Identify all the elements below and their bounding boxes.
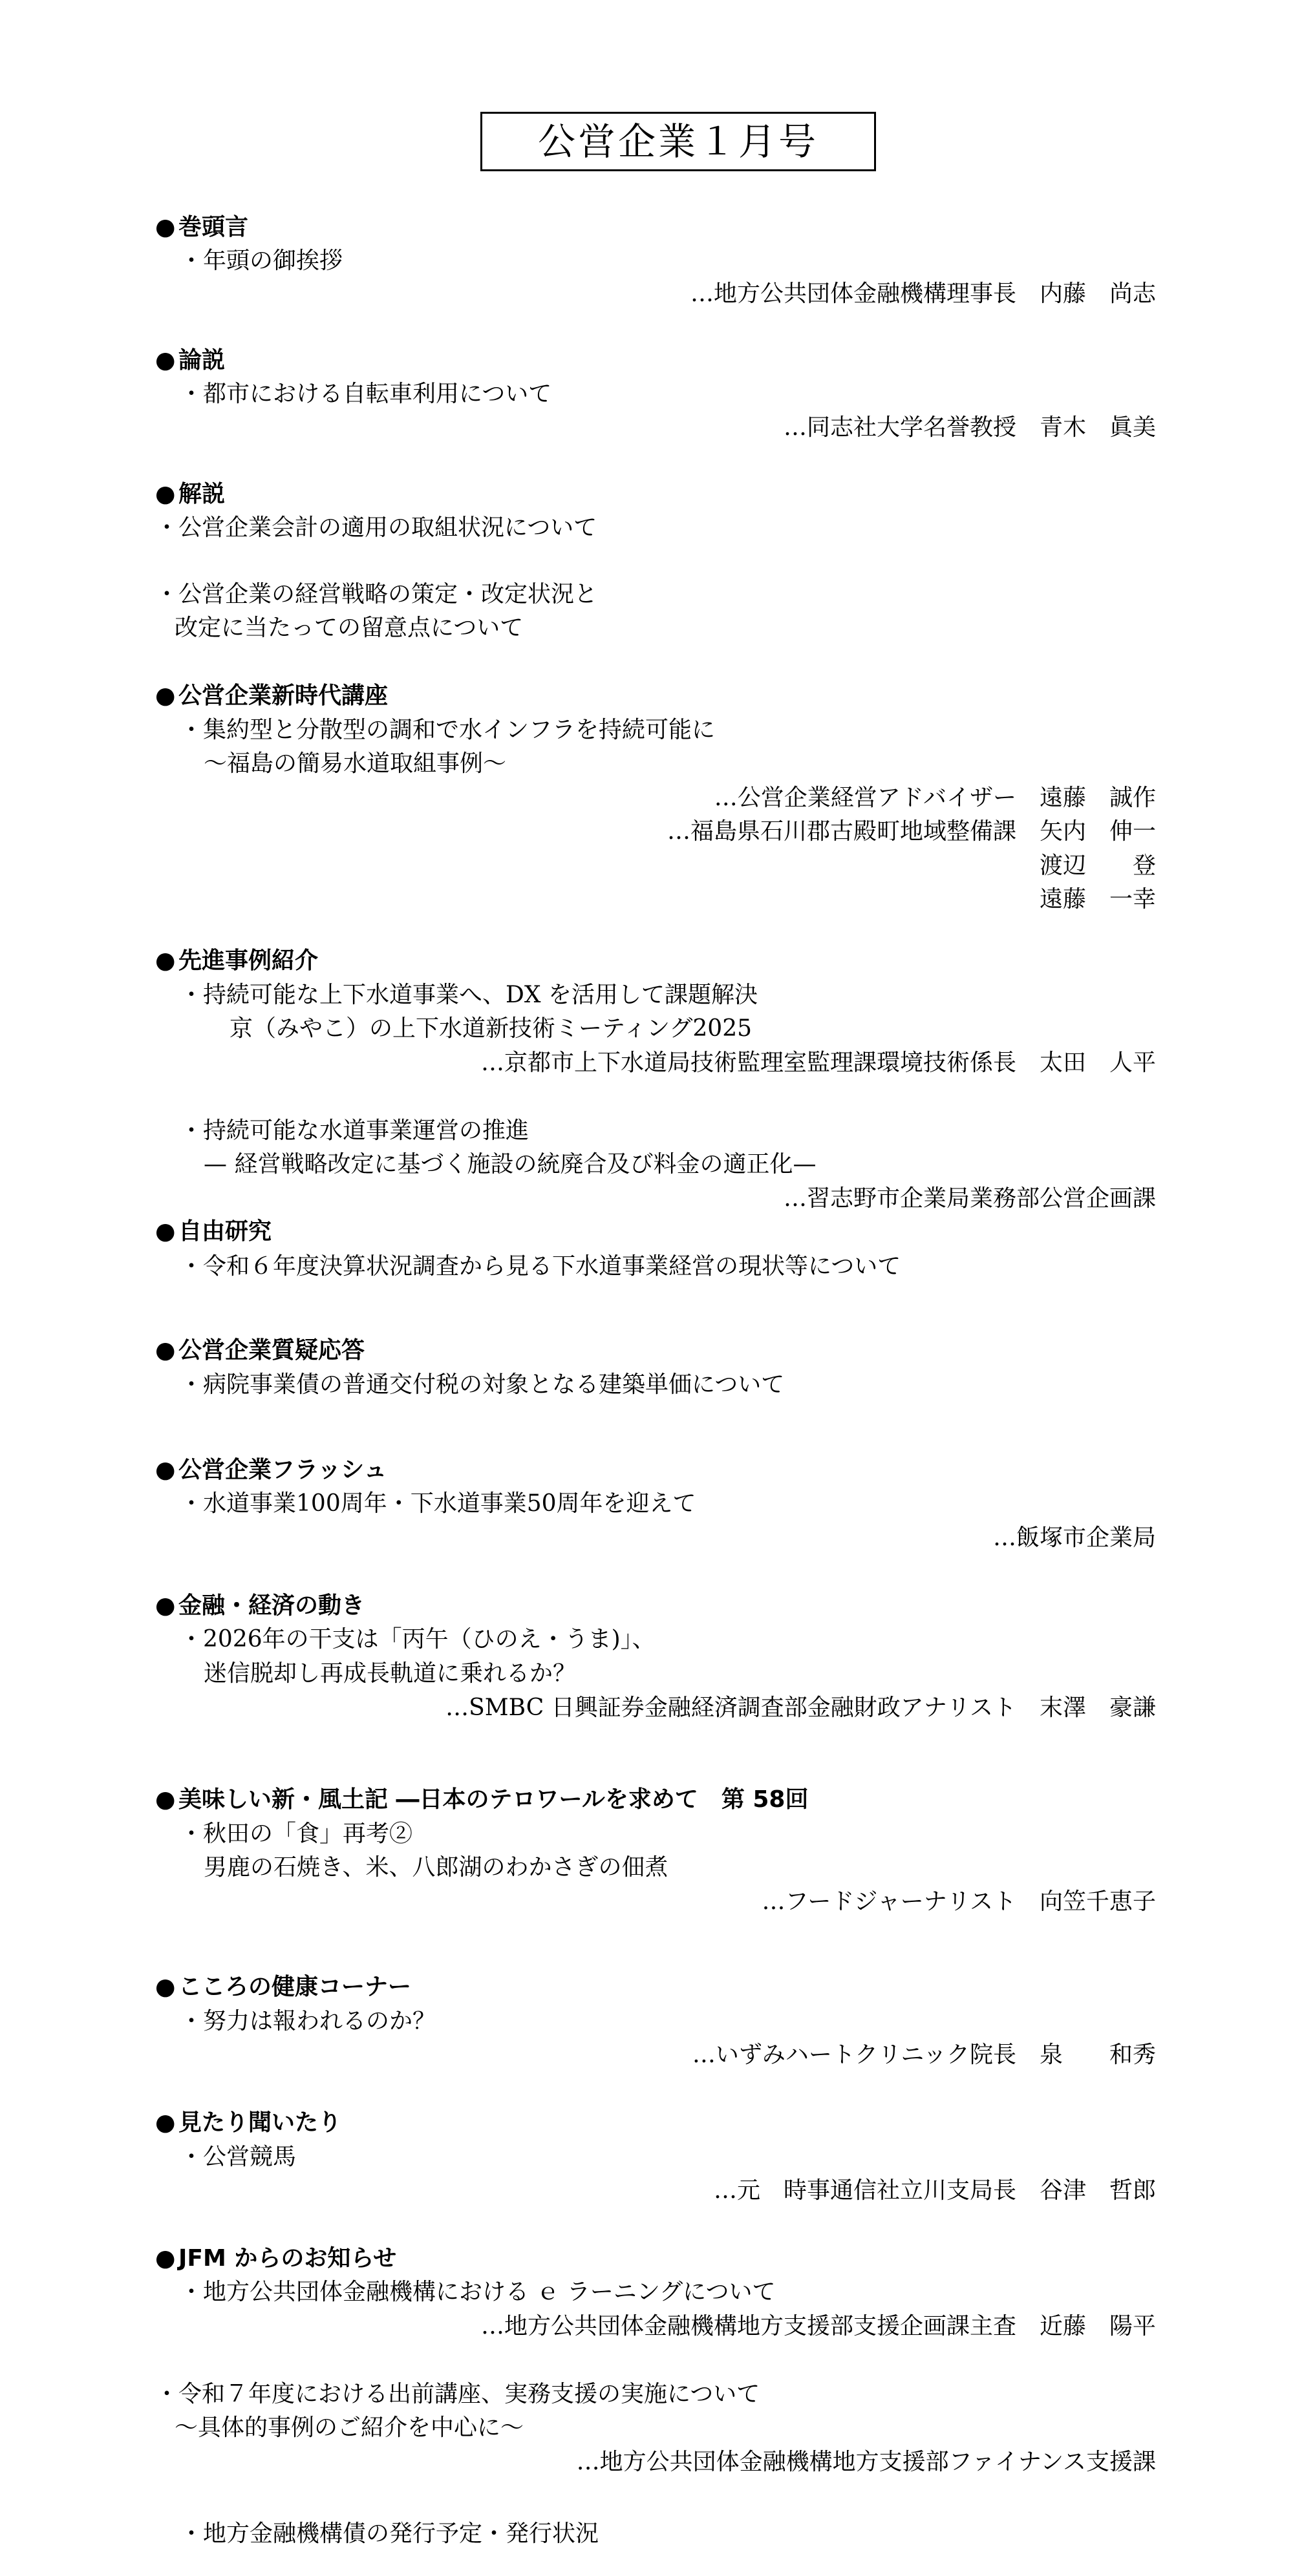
bullet-icon: ● [155, 344, 178, 377]
article-author: 渡辺 登 [1040, 849, 1156, 883]
section-heading-kinyuu-keizai: ●金融・経済の動き [155, 1589, 365, 1623]
article-subtitle: ～福島の簡易水道取組事例～ [204, 747, 506, 781]
section-heading-mitari-kiitari: ●見たり聞いたり [155, 2106, 341, 2140]
article-subtitle: 京（みやこ）の上下水道新技術ミーティング2025 [230, 1012, 752, 1046]
article-title[interactable]: ・公営企業の経営戦略の策定・改定状況と [155, 578, 597, 611]
page-title: 公営企業１月号 [480, 112, 876, 171]
article-title[interactable]: ・秋田の「食」再考② [180, 1817, 412, 1851]
article-author: …同志社大学名誉教授 青木 眞美 [784, 411, 1156, 445]
item-bullet-icon: ・ [180, 2144, 203, 2170]
article-author: 遠藤 一幸 [1040, 883, 1156, 916]
article-title-cont: 改定に当たっての留意点について [175, 611, 523, 645]
item-bullet-icon: ・ [180, 381, 203, 407]
section-heading-kantougen: ●巻頭言 [155, 211, 248, 244]
item-bullet-icon: ・ [155, 514, 178, 541]
item-bullet-icon: ・ [180, 1490, 203, 1517]
bullet-icon: ● [155, 944, 178, 978]
bullet-icon: ● [155, 2106, 178, 2140]
article-author: …福島県石川郡古殿町地域整備課 矢内 伸一 [667, 815, 1156, 849]
section-heading-jiyuu-kenkyuu: ●自由研究 [155, 1215, 272, 1249]
bullet-icon: ● [155, 211, 178, 244]
article-subtitle: ～具体的事例のご紹介を中心に～ [175, 2411, 524, 2445]
section-heading-flash: ●公営企業フラッシュ [155, 1453, 387, 1487]
item-bullet-icon: ・ [180, 1371, 203, 1398]
article-author: …地方公共団体金融機構地方支援部ファイナンス支援課 [577, 2445, 1156, 2479]
article-title[interactable]: ・持続可能な上下水道事業へ、DX を活用して課題解決 [180, 978, 758, 1012]
item-bullet-icon: ・ [180, 1253, 203, 1280]
bullet-icon: ● [155, 2242, 178, 2275]
section-heading-kokoro-kenkou: ●こころの健康コーナー [155, 1970, 411, 2004]
section-heading-fudoki: ●美味しい新・風土記 ―日本のテロワールを求めて 第 58回 [155, 1783, 808, 1817]
article-title[interactable]: ・都市における自転車利用について [180, 377, 551, 411]
item-bullet-icon: ・ [180, 1821, 203, 1847]
item-bullet-icon: ・ [180, 2520, 203, 2547]
article-title[interactable]: ・地方金融機構債の発行予定・発行状況 [180, 2517, 599, 2551]
article-title[interactable]: ・集約型と分散型の調和で水インフラを持続可能に [180, 713, 715, 747]
article-subtitle: 迷信脱却し再成長軌道に乗れるか？ [204, 1657, 576, 1691]
article-author: …元 時事通信社立川支局長 谷津 哲郎 [714, 2174, 1156, 2208]
item-bullet-icon: ・ [180, 248, 203, 274]
bullet-icon: ● [155, 1215, 178, 1249]
bullet-icon: ● [155, 1334, 178, 1367]
bullet-icon: ● [155, 1970, 178, 2004]
item-bullet-icon: ・ [180, 982, 203, 1008]
item-bullet-icon: ・ [180, 717, 203, 743]
item-bullet-icon: ・ [180, 1626, 203, 1652]
section-heading-jfm-notice: ●JFM からのお知らせ [155, 2242, 396, 2275]
section-heading-senshin-jirei: ●先進事例紹介 [155, 944, 318, 978]
section-heading-shinjidai-kouza: ●公営企業新時代講座 [155, 679, 388, 713]
item-bullet-icon: ・ [180, 2279, 203, 2305]
article-title[interactable]: ・令和６年度決算状況調査から見る下水道事業経営の現状等について [180, 1250, 901, 1283]
article-subtitle: — 経営戦略改定に基づく施設の統廃合及び料金の適正化— [204, 1148, 816, 1181]
article-author: …地方公共団体金融機構理事長 内藤 尚志 [690, 277, 1156, 311]
article-title[interactable]: ・持続可能な水道事業運営の推進 [180, 1114, 529, 1148]
article-author: …公営企業経営アドバイザー 遠藤 誠作 [714, 781, 1156, 815]
bullet-icon: ● [155, 1589, 178, 1623]
article-title[interactable]: ・病院事業債の普通交付税の対象となる建築単価について [180, 1368, 784, 1402]
article-subtitle: 男鹿の石焼き、米、八郎湖のわかさぎの佃煮 [204, 1851, 668, 1884]
bullet-icon: ● [155, 1783, 178, 1817]
article-title[interactable]: ・地方公共団体金融機構における ｅ ラーニングについて [180, 2275, 775, 2309]
article-author: …いずみハートクリニック院長 泉 和秀 [692, 2038, 1156, 2072]
section-heading-ronsetsu: ●論説 [155, 344, 225, 377]
item-bullet-icon: ・ [155, 581, 178, 607]
item-bullet-icon: ・ [180, 2008, 203, 2034]
article-author: …飯塚市企業局 [993, 1521, 1156, 1555]
bullet-icon: ● [155, 679, 178, 713]
item-bullet-icon: ・ [180, 1117, 203, 1144]
article-author: …地方公共団体金融機構地方支援部支援企画課主査 近藤 陽平 [481, 2310, 1156, 2343]
bullet-icon: ● [155, 478, 178, 511]
item-bullet-icon: ・ [155, 2381, 178, 2407]
article-author: …京都市上下水道局技術監理室監理課環境技術係長 太田 人平 [481, 1046, 1156, 1080]
section-heading-shitsugi-outou: ●公営企業質疑応答 [155, 1334, 365, 1367]
article-title[interactable]: ・公営企業会計の適用の取組状況について [155, 511, 597, 545]
article-title[interactable]: ・令和７年度における出前講座、実務支援の実施について [155, 2378, 760, 2411]
article-author: …SMBC 日興証券金融経済調査部金融財政アナリスト 末澤 豪謙 [445, 1691, 1156, 1725]
bullet-icon: ● [155, 1453, 178, 1487]
article-author: …習志野市企業局業務部公営企画課 [784, 1182, 1156, 1216]
article-title[interactable]: ・年頭の御挨拶 [180, 244, 343, 278]
article-title[interactable]: ・水道事業100周年・下水道事業50周年を迎えて [180, 1487, 696, 1521]
article-author: …フードジャーナリスト 向笠千恵子 [762, 1885, 1156, 1919]
article-title[interactable]: ・2026年の干支は「丙午（ひのえ・うま)」、 [180, 1623, 656, 1656]
article-title[interactable]: ・努力は報われるのか？ [180, 2005, 436, 2038]
article-title[interactable]: ・公営競馬 [180, 2140, 296, 2174]
section-heading-kaisetsu: ●解説 [155, 478, 225, 511]
